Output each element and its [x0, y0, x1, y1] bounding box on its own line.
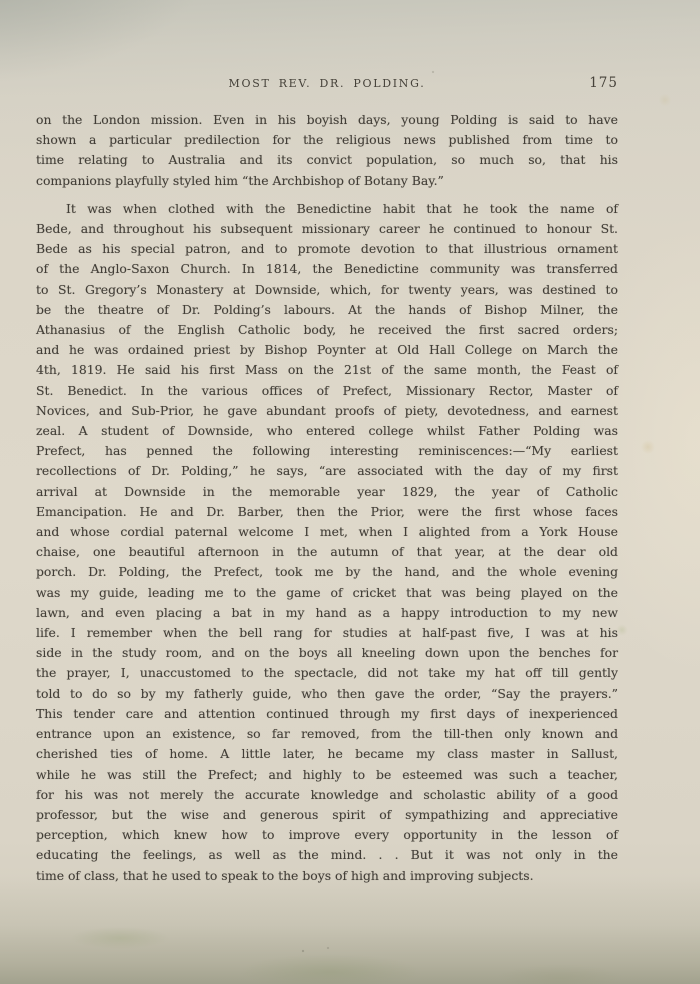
text-line: for his was not merely the accurate know…	[36, 785, 618, 805]
text-line: and he was ordained priest by Bishop Poy…	[36, 340, 618, 360]
text-line: lawn, and even placing a bat in my hand …	[36, 603, 618, 623]
text-line: time relating to Australia and its convi…	[36, 150, 618, 170]
text-line: was my guide, leading me to the game of …	[36, 583, 618, 603]
text-line: recollections of Dr. Polding,” he says, …	[36, 461, 618, 481]
page-body: on the London mission. Even in his boyis…	[36, 110, 618, 886]
page-header: MOST REV. DR. POLDING. 175	[36, 77, 618, 95]
text-line: to St. Gregory’s Monastery at Downside, …	[36, 280, 618, 300]
text-line: porch. Dr. Polding, the Prefect, took me…	[36, 562, 618, 582]
text-line: the prayer, I, unaccustomed to the spect…	[36, 663, 618, 683]
text-line: Athanasius of the English Catholic body,…	[36, 320, 618, 340]
paragraph: It was when clothed with the Benedictine…	[36, 199, 618, 886]
text-line: Bede, and throughout his subsequent miss…	[36, 219, 618, 239]
text-line: be the theatre of Dr. Polding’s labours.…	[36, 300, 618, 320]
book-page: MOST REV. DR. POLDING. 175 on the London…	[0, 0, 700, 984]
text-line: told to do so by my fatherly guide, who …	[36, 684, 618, 704]
text-line: 4th, 1819. He said his first Mass on the…	[36, 360, 618, 380]
text-line: educating the feelings, as well as the m…	[36, 845, 618, 865]
text-line: on the London mission. Even in his boyis…	[36, 110, 618, 130]
text-line: entrance upon an existence, so far remov…	[36, 724, 618, 744]
paragraph: on the London mission. Even in his boyis…	[36, 110, 618, 191]
page-number: 175	[589, 75, 618, 91]
text-line: shown a particular predilection for the …	[36, 130, 618, 150]
text-line: St. Benedict. In the various offices of …	[36, 381, 618, 401]
text-line: while he was still the Prefect; and high…	[36, 765, 618, 785]
text-line: companions playfully styled him “the Arc…	[36, 171, 618, 191]
text-line: life. I remember when the bell rang for …	[36, 623, 618, 643]
text-line: perception, which knew how to improve ev…	[36, 825, 618, 845]
text-line: cherished ties of home. A little later, …	[36, 744, 618, 764]
text-line: It was when clothed with the Benedictine…	[36, 199, 618, 219]
text-line: chaise, one beautiful afternoon in the a…	[36, 542, 618, 562]
text-line: Bede as his special patron, and to promo…	[36, 239, 618, 259]
text-line: zeal. A student of Downside, who entered…	[36, 421, 618, 441]
text-line: professor, but the wise and generous spi…	[36, 805, 618, 825]
text-line: Prefect, has penned the following intere…	[36, 441, 618, 461]
text-line: and whose cordial paternal welcome I met…	[36, 522, 618, 542]
text-line: arrival at Downside in the memorable yea…	[36, 482, 618, 502]
text-line: Emancipation. He and Dr. Barber, then th…	[36, 502, 618, 522]
text-line: This tender care and attention continued…	[36, 704, 618, 724]
text-line: Novices, and Sub-Prior, he gave abundant…	[36, 401, 618, 421]
text-line: of the Anglo-Saxon Church. In 1814, the …	[36, 259, 618, 279]
text-line: time of class, that he used to speak to …	[36, 866, 618, 886]
text-line: side in the study room, and on the boys …	[36, 643, 618, 663]
running-title: MOST REV. DR. POLDING.	[36, 77, 618, 90]
